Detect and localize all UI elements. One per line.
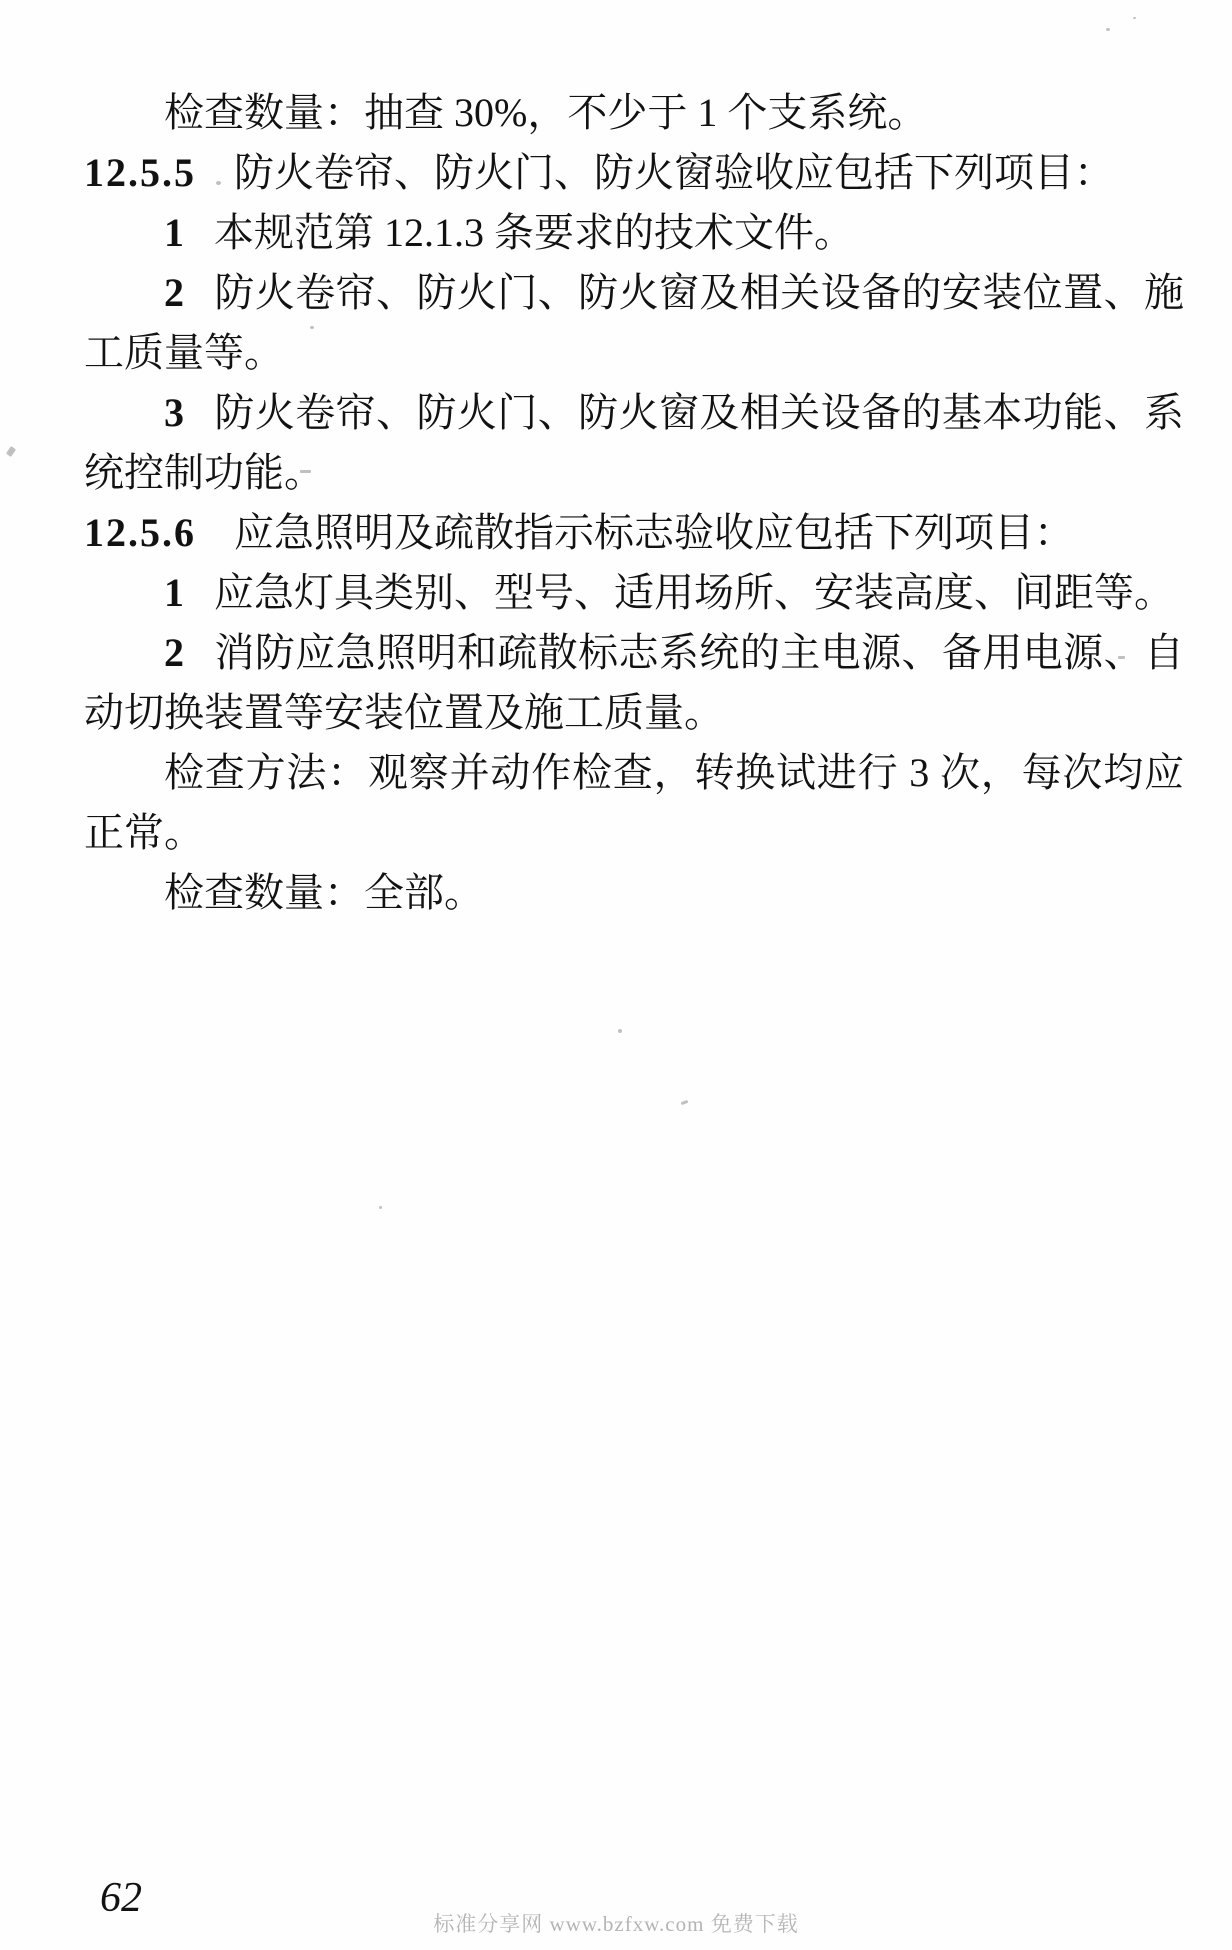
clause-title: 应急照明及疏散指示标志验收应包括下列项目： [234, 510, 1074, 555]
document-page: 检查数量：抽查 30%，不少于 1 个支系统。 12.5.5防火卷帘、防火门、防… [0, 0, 1232, 1950]
clause-heading-12-5-6: 12.5.6应急照明及疏散指示标志验收应包括下列项目： [84, 503, 1184, 563]
clause-title: 防火卷帘、防火门、防火窗验收应包括下列项目： [234, 150, 1114, 195]
item-number: 2 [164, 630, 184, 675]
list-item: 2消防应急照明和疏散标志系统的主电源、备用电源、自动切换装置等安装位置及施工质量… [84, 623, 1184, 743]
scan-speck [618, 1029, 622, 1033]
list-item: 3防火卷帘、防火门、防火窗及相关设备的基本功能、系统控制功能。 [84, 383, 1184, 503]
paragraph-check-quantity: 检查数量：抽查 30%，不少于 1 个支系统。 [84, 83, 1184, 143]
item-text: 防火卷帘、防火门、防火窗及相关设备的安装位置、施工质量等。 [84, 270, 1184, 375]
scan-speck [1133, 17, 1136, 19]
scan-dash [300, 470, 311, 473]
paragraph-text: 检查数量：全部。 [164, 870, 484, 915]
scan-speck [379, 1206, 382, 1209]
clause-heading-12-5-5: 12.5.5防火卷帘、防火门、防火窗验收应包括下列项目： [84, 143, 1184, 203]
body-text: 检查数量：抽查 30%，不少于 1 个支系统。 12.5.5防火卷帘、防火门、防… [84, 83, 1184, 923]
item-text: 应急灯具类别、型号、适用场所、安装高度、间距等。 [214, 570, 1174, 615]
paragraph-check-method: 检查方法：观察并动作检查，转换试进行 3 次，每次均应正常。 [84, 743, 1184, 863]
scan-tick [6, 446, 16, 457]
item-number: 2 [164, 270, 184, 315]
paragraph-check-quantity-all: 检查数量：全部。 [84, 863, 1184, 923]
scan-speck [681, 1100, 689, 1105]
scan-speck [310, 326, 314, 329]
clause-number: 12.5.5 [84, 150, 196, 195]
item-number: 1 [164, 570, 184, 615]
scan-speck [216, 181, 221, 185]
paragraph-text: 检查方法：观察并动作检查，转换试进行 3 次，每次均应正常。 [84, 750, 1184, 855]
item-text: 防火卷帘、防火门、防火窗及相关设备的基本功能、系统控制功能。 [84, 390, 1184, 495]
list-item: 2防火卷帘、防火门、防火窗及相关设备的安装位置、施工质量等。 [84, 263, 1184, 383]
item-text: 本规范第 12.1.3 条要求的技术文件。 [214, 210, 854, 255]
item-number: 1 [164, 210, 184, 255]
list-item: 1本规范第 12.1.3 条要求的技术文件。 [84, 203, 1184, 263]
item-number: 3 [164, 390, 184, 435]
scan-speck [1106, 28, 1110, 31]
watermark: 标准分享网 www.bzfxw.com 免费下载 [0, 1911, 1232, 1937]
list-item: 1应急灯具类别、型号、适用场所、安装高度、间距等。 [84, 563, 1184, 623]
item-text: 消防应急照明和疏散标志系统的主电源、备用电源、自动切换装置等安装位置及施工质量。 [84, 630, 1184, 735]
clause-number: 12.5.6 [84, 510, 196, 555]
paragraph-text: 检查数量：抽查 30%，不少于 1 个支系统。 [164, 90, 927, 135]
scan-speck [1118, 656, 1125, 659]
